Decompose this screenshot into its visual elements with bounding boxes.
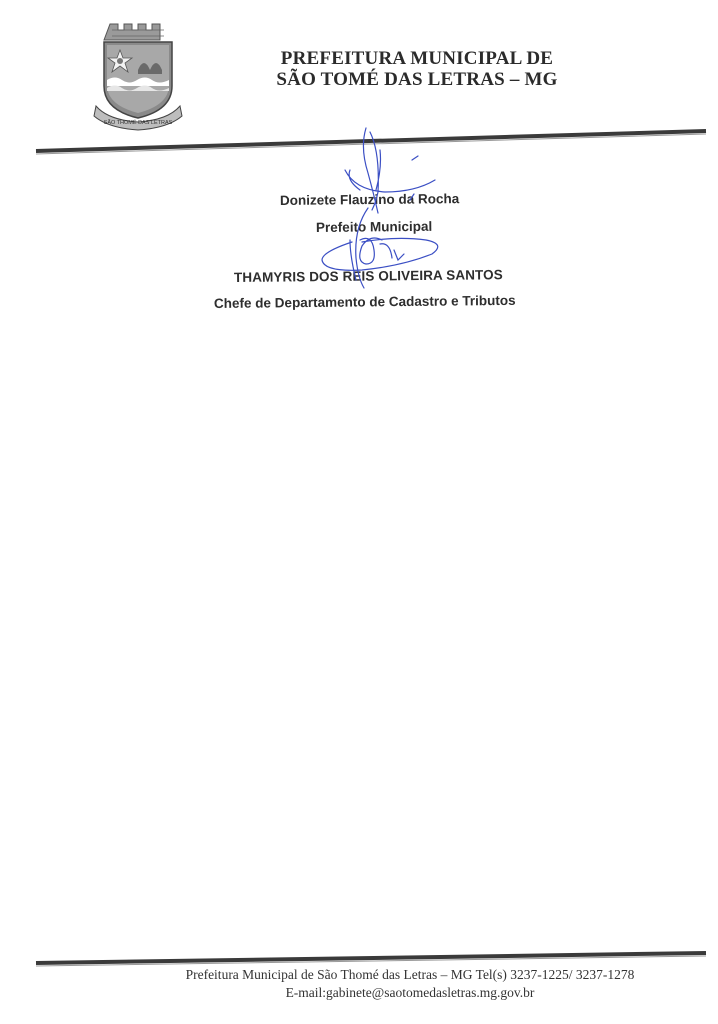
- footer-email: E-mail:gabinete@saotomedasletras.mg.gov.…: [120, 985, 700, 1001]
- footer-contact-line: Prefeitura Municipal de São Thomé das Le…: [120, 967, 700, 983]
- footer-divider: [0, 0, 718, 1024]
